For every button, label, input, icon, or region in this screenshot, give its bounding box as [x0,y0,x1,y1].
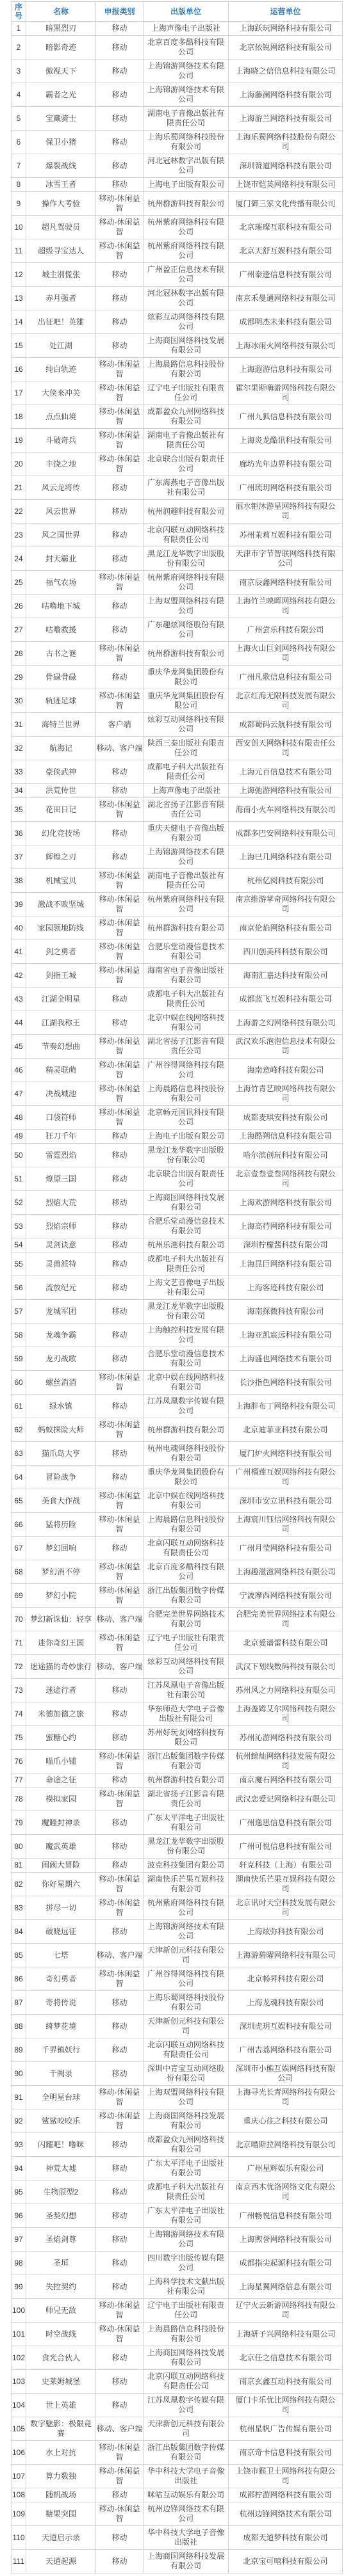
category: 移动、客户端 [96,737,144,760]
category: 移动 [96,83,144,107]
game-name: 激战不败坚城 [26,893,96,916]
category: 移动 [96,1920,144,1944]
game-name: 江湖我称王 [26,1011,96,1035]
table-row: 70梦幻新诛仙：轻享移动、客户端合肥完美世界网络技术有限公司合肥完美世界网络技术… [12,1608,343,1631]
game-name: 梦幻回响 [26,1537,96,1560]
publisher: 黑龙江龙华数字出版股份有限公司 [144,1300,229,1324]
category: 移动-休闲益智 [96,2465,144,2488]
row-index: 59 [12,1347,26,1371]
row-index: 84 [12,1920,26,1944]
category: 移动 [96,666,144,689]
game-name: 风之国世界 [26,524,96,547]
category: 移动 [96,784,144,798]
row-index: 88 [12,2015,26,2038]
operator: 成都麦琪安科技有限公司 [229,1106,343,1130]
table-row: 33豪侠武神移动成都电子科大出版社有限责任公司上海元百信息技术有限公司 [12,760,343,784]
category: 移动 [96,2488,144,2502]
game-name: 冰雪王者 [26,178,96,192]
category: 移动 [96,1324,144,1347]
table-row: 45节奏幻想曲移动-休闲益智湖北省扬子江影音有限责任公司武汉欢乐泡泡信息技术有限… [12,1035,343,1059]
game-name: 家园领地防线 [26,916,96,940]
table-row: 28古书之谜移动-休闲益智杭州群游科技有限公司上海火山巨剑网络科技有限公司 [12,642,343,666]
table-row: 24封天霸业移动黑龙江龙华数字出版股份有限公司天津市字节智联网络科技有限公司 [12,547,343,571]
table-row: 73迷途行者移动江苏凤凰电子音像出版社有限公司苏州风之力网络科技有限公司 [12,1679,343,1702]
operator: 杭州鲸灿网络科技发展有限公司 [229,1750,343,1773]
publisher: 上海晨路信息科技股份有限公司 [144,1513,229,1537]
publisher: 天津新创元科技有限公司 [144,2015,229,2038]
row-index: 35 [12,798,26,822]
publisher: 波克科技集团有限公司 [144,1859,229,1873]
game-name: 烈焰宗师 [26,1215,96,1238]
publisher: 广东太平洋电子出版社有限公司 [144,1811,229,1835]
table-row: 74米德加德之旅移动华东师范大学电子音像出版社有限公司上海盖姆艾尔网络科技有限公… [12,1702,343,1726]
operator: 上海遐游信息科技有限公司 [229,358,343,381]
row-index: 33 [12,760,26,784]
row-index: 89 [12,2038,26,2062]
publisher: 杭州紫府网络科技有限公司 [144,1896,229,1920]
row-index: 60 [12,1371,26,1395]
operator: 南京奇卡信息科技有限公司 [229,2441,343,2465]
game-name: 风云龙将传 [26,476,96,500]
table-row: 6保卫小猪移动上海乐蜀网络科技股份有限公司上海乐蜀网络科技股份有限公司 [12,131,343,154]
category: 移动-休闲益智 [96,689,144,713]
publisher: 北京畅元国讯科技有限公司 [144,1106,229,1130]
game-name: 算力数独 [26,2465,96,2488]
publisher: 湖南快乐芒果互娱科技有限公司 [144,1873,229,1896]
game-name: 糖果突围 [26,2502,96,2526]
operator: 成都柠游网络科技有限公司 [229,2488,343,2502]
category: 移动-休闲益智 [96,2502,144,2526]
row-index: 73 [12,1679,26,1702]
table-row: 52烈焰大荒移动上海商国网络科技发展有限公司上海欢游网络科技有限公司 [12,1191,343,1215]
row-index: 30 [12,689,26,713]
row-index: 104 [12,2394,26,2417]
game-name: 猛将历险 [26,1513,96,1537]
game-approval-table-container: 序号 名称 申报类别 出版单位 运营单位 1暗黑烈刃移动上海声像电子出版社上海跃… [0,0,346,2576]
publisher: 上海乐蜀网络科技股份有限公司 [144,1991,229,2015]
category: 移动 [96,60,144,83]
operator: 南京维游掌奇网络科技有限公司 [229,893,343,916]
game-name: 宝藏骑士 [26,107,96,131]
row-index: 42 [12,964,26,988]
table-row: 65美食大作战移动-休闲益智北京中娱在线网络科技有限公司深圳市安立讯科技有限公司 [12,1489,343,1513]
publisher: 湖北省扬子江影音有限责任公司 [144,1788,229,1811]
publisher: 湖北省扬子江影音有限责任公司 [144,1035,229,1059]
publisher: 炫彩互动网络科技有限公司 [144,1655,229,1679]
table-row: 16纯白轨迹移动-休闲益智上海晨路信息科技股份有限公司上海遐游信息科技有限公司 [12,358,343,381]
game-name: 风云世界 [26,500,96,524]
table-row: 69梦幻小院移动-休闲益智浙江出版集团数字传媒有限公司宁波摩西网络科技有限公司 [12,1584,343,1608]
row-index: 87 [12,1991,26,2015]
table-row: 10超凡驾驶员移动-休闲益智杭州紫府网络科技有限公司北京璀璨互联科技有限公司 [12,216,343,239]
row-index: 48 [12,1106,26,1130]
category: 移动 [96,1300,144,1324]
table-row: 110天道启示录移动华中科技大学电子音像出版社成都天道梦科技有限公司 [12,2526,343,2550]
row-index: 70 [12,1608,26,1631]
row-index: 110 [12,2526,26,2550]
category: 移动 [96,845,144,869]
game-name: 神荒太墟 [26,2157,96,2180]
category: 移动 [96,2550,144,2573]
table-row: 93闪耀吧！噜咪移动成都盈众九州网络科技有限公司北京喵斯拉网络科技有限公司 [12,2133,343,2157]
table-row: 2暗影奇迹移动北京百度多酷科技有限公司北京依锐网络科技有限公司 [12,36,343,60]
category: 移动 [96,1276,144,1300]
table-row: 102食光合伙人移动上海商国网络科技发展有限公司北京任之信息技术有限公司 [12,2346,343,2370]
game-name: 江湖全明星 [26,988,96,1011]
table-row: 108随机战场移动咪咕互动娱乐有限公司成都柠游网络科技有限公司 [12,2488,343,2502]
operator: 广州可悦信息科技有限公司 [229,1835,343,1859]
row-index: 21 [12,476,26,500]
game-name: 梦幻新诛仙：轻享 [26,1608,96,1631]
category: 移动-休闲益智 [96,1750,144,1773]
table-row: 90千阙录移动深圳中青宝互动网络股份有限公司深圳市小熊互娱网络科技有限公司 [12,2062,343,2086]
publisher: 上海电子出版有限公司 [144,178,229,192]
category: 移动 [96,310,144,334]
table-row: 8冰雪王者移动上海电子出版有限公司上饶市恺英网络科技有限公司 [12,178,343,192]
table-row: 68梦幻消不停移动-休闲益智北京百度多酷科技有限公司上海趣滋滋网络科技有限公司 [12,1560,343,1584]
publisher: 华东师范大学电子音像出版社有限公司 [144,1702,229,1726]
table-row: 1暗黑烈刃移动上海声像电子出版社上海跃玩网络科技有限公司 [12,22,343,36]
operator: 北京天舒互娱科技有限公司 [229,239,343,263]
publisher: 上海锦游网络技术有限公司 [144,845,229,869]
game-name: 水上对抗 [26,2441,96,2465]
publisher: 北京中娱在线网络科技有限公司 [144,1011,229,1035]
game-name: 流放纪元 [26,1276,96,1300]
row-index: 99 [12,2275,26,2299]
game-name: 绮梦花境 [26,2015,96,2038]
publisher: 北京闪联互动网络科技有限责任公司 [144,524,229,547]
category: 移动-休闲益智 [96,940,144,964]
operator: 南京禾曼通网络科技有限公司 [229,287,343,310]
publisher: 湖南电子音像出版社有限责任公司 [144,869,229,893]
game-name: 斗破奇兵 [26,429,96,452]
row-index: 100 [12,2299,26,2323]
operator: 上海冰雨火网络科技有限公司 [229,334,343,358]
operator: 广州畅悦信息科技有限公司 [229,2204,343,2228]
row-index: 65 [12,1489,26,1513]
category: 移动 [96,131,144,154]
table-row: 97圣焰剑尊移动上海锦游网络技术有限公司上海煦誉网络科技有限公司 [12,2228,343,2252]
operator: 南京玄鑫互动科技有限公司 [229,2370,343,2394]
row-index: 44 [12,1011,26,1035]
game-name: 奇幻勇者 [26,1967,96,1991]
table-row: 86奇幻勇者移动-休闲益智广州谷得网络科技有限公司北京畅昇科技有限公司 [12,1967,343,1991]
category: 移动、客户端 [96,1655,144,1679]
publisher: 上海晨路信息科技股份有限公司 [144,358,229,381]
operator: 上海跃玩网络科技有限公司 [229,22,343,36]
game-name: 师兄无敌 [26,2299,96,2323]
category: 移动-休闲益智 [96,869,144,893]
category: 移动-休闲益智 [96,1035,144,1059]
game-name: 口袋符师 [26,1106,96,1130]
game-name: 幻化竞技场 [26,822,96,845]
table-row: 46精灵联萌移动-休闲益智广州谷得网络科技有限公司海南意峰科技有限公司 [12,1059,343,1082]
operator: 南京西木优洛网络文化有限公司 [229,2180,343,2204]
publisher: 黑龙江龙华数字出版股份有限公司 [144,1835,229,1859]
game-name: 洪荒传世 [26,784,96,798]
operator: 上海游碧曜网络科技有限公司 [229,1944,343,1967]
row-index: 1 [12,22,26,36]
table-row: 37辉煌之刃移动上海锦游网络技术有限公司上海巳几网络科技有限公司 [12,845,343,869]
game-name: 烈焰大荒 [26,1191,96,1215]
operator: 上海游兰网络科技有限公司 [229,107,343,131]
row-index: 102 [12,2346,26,2370]
operator: 武汉恋爱记网络科技有限公司 [229,1788,343,1811]
publisher: 成都电子科大出版社有限责任公司 [144,760,229,784]
operator: 上海寻光长青网络科技有限公司 [229,2086,343,2109]
category: 移动-休闲益智 [96,216,144,239]
game-name: 龙城军团 [26,1300,96,1324]
publisher: 北京闪联互动网络科技有限责任公司 [144,2038,229,2062]
operator: 上海元百信息技术有限公司 [229,760,343,784]
table-row: 64冒险战争移动重庆华龙网集团股份有限公司广州榴莲互娱网络科技有限公司 [12,1466,343,1489]
row-index: 27 [12,618,26,642]
category: 移动 [96,36,144,60]
publisher: 上海锦游网络技术有限公司 [144,60,229,83]
operator: 重庆心往之科技有限公司 [229,2109,343,2133]
operator: 上海欢游网络科技有限公司 [229,1191,343,1215]
category: 移动-休闲益智 [96,2323,144,2346]
publisher: 浙江出版集团数字传媒有限公司 [144,1750,229,1773]
category: 移动-休闲益智 [96,1513,144,1537]
category: 移动-休闲益智 [96,1371,144,1395]
category: 移动-休闲益智 [96,571,144,595]
operator: 深圳赞道网络科技有限公司 [229,154,343,178]
row-index: 17 [12,381,26,405]
category: 移动-休闲益智 [96,405,144,429]
row-index: 62 [12,1418,26,1442]
publisher: 广东海燕电子音像出版社有限公司 [144,476,229,500]
game-name: 狂刀千年 [26,1130,96,1144]
category: 移动、客户端 [96,2417,144,2441]
category: 移动-休闲益智 [96,1873,144,1896]
operator: 北京依锐网络科技有限公司 [229,36,343,60]
publisher: 广东太平洋电子出版社有限公司 [144,2157,229,2180]
category: 移动-休闲益智 [96,452,144,476]
category: 移动-休闲益智 [96,1106,144,1130]
game-name: 超凡驾驶员 [26,216,96,239]
operator: 廊坊光年边界科技有限公司 [229,452,343,476]
publisher: 上海商国网络科技发展有限公司 [144,2550,229,2573]
category: 移动 [96,2394,144,2417]
operator: 上饶市猴卫士网络科技有限公司 [229,2465,343,2488]
col-header-category: 申报类别 [96,2,144,22]
publisher: 广东趣炫网络股份有限公司 [144,618,229,642]
operator: 北京畅昇科技有限公司 [229,1967,343,1991]
operator: 上饶市恺英网络科技有限公司 [229,178,343,192]
table-row: 26咕噜地下城移动上海双盟网络科技有限公司上海竹兰映晖网络科技有限公司 [12,595,343,618]
publisher: 北京闪联互动网络科技有限责任公司 [144,1537,229,1560]
publisher: 咪咕互动娱乐有限公司 [144,2488,229,2502]
row-index: 37 [12,845,26,869]
table-row: 58龙魂争霸移动上海触控科技发展有限公司上海亚凯宸远科技有限公司 [12,1324,343,1347]
operator: 宁波摩西网络科技有限公司 [229,1584,343,1608]
category: 移动 [96,1442,144,1466]
table-row: 40家园领地防线移动-休闲益智杭州群游科技有限公司南京伦焰网络科技有限公司 [12,916,343,940]
table-row: 12城主别慌张移动广州盈正信息技术有限公司广州泰逢信息科技有限公司 [12,263,343,287]
row-index: 46 [12,1059,26,1082]
operator: 北京红海无限科技发展有限公司 [229,689,343,713]
table-row: 60螺丝消消移动-休闲益智北京中娱在线网络科技有限公司长沙指色网络科技有限公司 [12,1371,343,1395]
table-row: 21风云龙将传移动广东海燕电子音像出版社有限公司广州琉玥网络科技有限公司 [12,476,343,500]
operator: 南京伦焰网络科技有限公司 [229,916,343,940]
table-row: 63猫爪岛大亨移动杭州电魂网络科技股份有限公司厦门炉火网络科技有限公司 [12,1442,343,1466]
row-index: 97 [12,2228,26,2252]
operator: 南京魔石网络科技有限公司 [229,1773,343,1788]
operator: 上海盖姆艾尔网络科技有限公司 [229,1702,343,1726]
row-index: 12 [12,263,26,287]
row-index: 101 [12,2323,26,2346]
row-index: 40 [12,916,26,940]
game-name: 燎原三国 [26,1167,96,1191]
game-name: 点点仙境 [26,405,96,429]
table-row: 36幻化竞技场移动重庆天健电子音像出版有限公司成都多巴安网络科技有限公司 [12,822,343,845]
publisher: 杭州群游科技有限公司 [144,916,229,940]
operator: 深圳虎玥互娱科技有限公司 [229,2015,343,2038]
game-name: 米德加德之旅 [26,1702,96,1726]
category: 移动-休闲益智 [96,358,144,381]
operator: 北京宝可嘻科技有限公司 [229,2550,343,2573]
row-index: 79 [12,1811,26,1835]
category: 移动-休闲益智 [96,642,144,666]
publisher: 上海锦游网络技术有限公司 [144,2228,229,2252]
publisher: 杭州紫府网络科技有限公司 [144,239,229,263]
row-index: 96 [12,2204,26,2228]
operator: 苏州风之力网络科技有限公司 [229,1679,343,1702]
game-name: 龙魂争霸 [26,1324,96,1347]
game-name: 模拟家园 [26,1788,96,1811]
table-row: 91全明星台球移动-休闲益智上海双盟网络科技有限公司上海寻光长青网络科技有限公司 [12,2086,343,2109]
row-index: 8 [12,178,26,192]
category: 移动 [96,2180,144,2204]
category: 移动-休闲益智 [96,1418,144,1442]
game-name: 城主别慌张 [26,263,96,287]
row-index: 41 [12,940,26,964]
publisher: 重庆天健电子音像出版有限公司 [144,822,229,845]
table-row: 62蚂蚁探险大师移动-休闲益智杭州群游科技有限公司北京迪菲亚科技有限公司 [12,1418,343,1442]
game-name: 魔武英雄 [26,1835,96,1859]
category: 移动-休闲益智 [96,1059,144,1082]
operator: 北京喵斯拉网络科技有限公司 [229,2133,343,2157]
table-row: 43江湖全明星移动成都电子科大出版社有限责任公司成都蓝飞互娱科技有限公司 [12,988,343,1011]
operator: 苏州茉莉互娱科技有限公司 [229,524,343,547]
row-index: 98 [12,2252,26,2275]
category: 移动 [96,1537,144,1560]
game-name: 迷你奇幻王国 [26,1631,96,1655]
game-name: 破晓远征 [26,1920,96,1944]
operator: 上海火山巨剑网络科技有限公司 [229,642,343,666]
category: 移动 [96,2275,144,2299]
row-index: 91 [12,2086,26,2109]
table-row: 96圣契幻想移动广东太平洋电子出版社有限公司广州畅悦信息科技有限公司 [12,2204,343,2228]
game-name: 美食大作战 [26,1489,96,1513]
operator: 上海酷朔信息科技有限公司 [229,1130,343,1144]
operator: 广州泰逢信息科技有限公司 [229,263,343,287]
table-row: 83拼尽一切移动-休闲益智杭州紫府网络科技有限公司北京讯时天空科技发展有限公司 [12,1896,343,1920]
category: 移动 [96,1011,144,1035]
category: 移动-休闲益智 [96,964,144,988]
operator: 海南意峰科技有限公司 [229,1059,343,1082]
game-name: 航海记 [26,737,96,760]
table-row: 76喵爪小铺移动-休闲益智浙江出版集团数字传媒有限公司杭州鲸灿网络科技发展有限公… [12,1750,343,1773]
row-index: 24 [12,547,26,571]
operator: 广州吉荔网络科技有限公司 [229,2038,343,2062]
operator: 上海炫弥科技有限公司 [229,1920,343,1944]
publisher: 北京联合出版有限责任公司 [144,1167,229,1191]
operator: 南京辰鑫网络科技有限公司 [229,571,343,595]
game-name: 食光合伙人 [26,2346,96,2370]
operator: 广州逸思信息科技有限公司 [229,1811,343,1835]
table-row: 19斗破奇兵移动-休闲益智湖南电子音像出版社有限责任公司上海炎龙酷讯科技有限公司 [12,429,343,452]
category: 移动 [96,2228,144,2252]
game-name: 生物原型2 [26,2180,96,2204]
table-row: 48口袋符师移动-休闲益智北京畅元国讯科技有限公司成都麦琪安科技有限公司 [12,1106,343,1130]
operator: 上海昆巨网络科技有限公司 [229,1252,343,1276]
publisher: 重庆华龙网集团股份有限公司 [144,1466,229,1489]
operator: 武汉欢乐泡泡信息技术有限公司 [229,1035,343,1059]
operator: 四川创美科科技有限公司 [229,940,343,964]
game-name: 圣契幻想 [26,2204,96,2228]
row-index: 103 [12,2370,26,2394]
category: 移动 [96,760,144,784]
row-index: 105 [12,2417,26,2441]
operator: 上海星翼网络信息有限公司 [229,2275,343,2299]
category: 移动 [96,1835,144,1859]
game-name: 龙刃战歌 [26,1347,96,1371]
publisher: 北京中娱在线网络科技有限公司 [144,1489,229,1513]
operator: 苏州沁游网络科技有限公司 [229,1726,343,1750]
operator: 轩克科技（上海）有限公司 [229,1859,343,1873]
category: 移动 [96,154,144,178]
row-index: 69 [12,1584,26,1608]
row-index: 81 [12,1859,26,1873]
game-name: 史莱姆城堡 [26,2370,96,2394]
row-index: 95 [12,2180,26,2204]
game-name: 处江湖 [26,334,96,358]
table-row: 11超级寻宝达人移动-休闲益智杭州紫府网络科技有限公司北京天舒互娱科技有限公司 [12,239,343,263]
category: 移动 [96,500,144,524]
game-name: 时空战线 [26,2323,96,2346]
category: 移动-休闲益智 [96,192,144,216]
game-name: 迷途猫的奇妙旅行 [26,1655,96,1679]
publisher: 重庆华龙网集团股份有限公司 [144,666,229,689]
category: 移动 [96,2015,144,2038]
publisher: 重庆华龙网集团股份有限公司 [144,689,229,713]
publisher: 华中科技大学电子音像出版社 [144,2465,229,2488]
game-name: 七塔 [26,1944,96,1967]
publisher: 杭州紫府网络科技有限公司 [144,893,229,916]
game-name: 灵剑诀意 [26,1238,96,1252]
category: 移动 [96,2346,144,2370]
table-row: 53烈焰宗师移动合肥乐堂动漫信息技术有限公司上海高荇网络科技有限公司 [12,1215,343,1238]
game-name: 千界镇妖行 [26,2038,96,2062]
row-index: 5 [12,107,26,131]
table-row: 88绮梦花境移动天津新创元科技有限公司深圳虎玥互娱科技有限公司 [12,2015,343,2038]
table-row: 84破晓远征移动上海锦游网络技术有限公司上海炫弥科技有限公司 [12,1920,343,1944]
row-index: 34 [12,784,26,798]
row-index: 13 [12,287,26,310]
operator: 成都明杰未来科技有限公司 [229,310,343,334]
table-row: 111天道起源移动上海商国网络科技发展有限公司北京宝可嘻科技有限公司 [12,2550,343,2573]
operator: 北京迪菲亚科技有限公司 [229,1418,343,1442]
category: 移动 [96,524,144,547]
game-name: 咕噜救援 [26,618,96,642]
game-name: 随机战场 [26,2488,96,2502]
game-name: 梦幻消不停 [26,1560,96,1584]
table-row: 4霸者之光移动上海锦游网络技术有限公司上海藤澜网络科技有限公司 [12,83,343,107]
row-index: 2 [12,36,26,60]
game-name: 古书之谜 [26,642,96,666]
